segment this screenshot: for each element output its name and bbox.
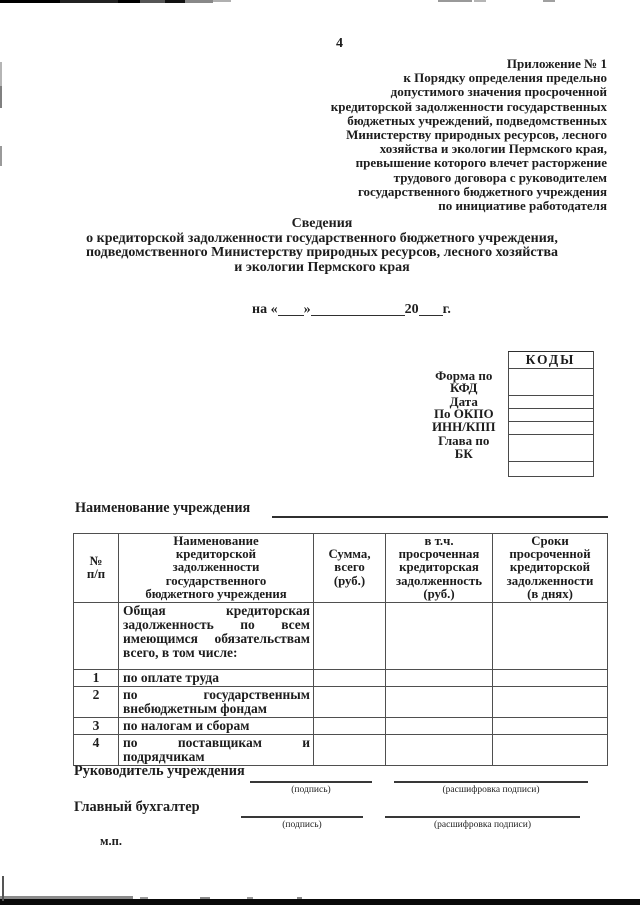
table-row: 4 по поставщикам и подрядчикам (74, 735, 608, 766)
col-header-num: № п/п (74, 534, 119, 603)
overdue-cell (386, 670, 493, 687)
codes-label-forma-kfd: Форма по КФД (426, 369, 508, 396)
codes-value-cell (508, 434, 593, 461)
row-num-cell: 4 (74, 735, 119, 766)
org-name-blank (272, 516, 608, 518)
sum-cell (314, 718, 386, 735)
date-year-prefix: 20 (405, 302, 419, 317)
date-day-blank (278, 304, 304, 316)
row-name-cell: по поставщикам и подрядчикам (119, 735, 314, 766)
transcript-caption: (расшифровка подписи) (385, 820, 580, 830)
row-num-cell (74, 603, 119, 670)
scan-artifact-bottom (0, 899, 640, 905)
signature-line (241, 816, 363, 818)
scan-artifact-top (140, 0, 165, 3)
date-month-blank (311, 304, 405, 316)
table-row: Общая кредиторская задолженность по всем… (74, 603, 608, 670)
date-close-quote: » (304, 302, 311, 317)
page-number: 4 (336, 36, 343, 52)
row-name-cell: Общая кредиторская задолженность по всем… (119, 603, 314, 670)
terms-cell (493, 718, 608, 735)
scan-artifact-top (438, 0, 472, 2)
codes-label-empty (426, 352, 508, 369)
col-header-name: Наименование кредиторской задолженности … (119, 534, 314, 603)
signature-line (250, 781, 372, 783)
scan-artifact-top (543, 0, 555, 2)
scan-artifact-top (165, 0, 185, 3)
scan-artifact-left (0, 86, 2, 108)
sum-cell (314, 670, 386, 687)
codes-value-cell (508, 421, 593, 434)
terms-cell (493, 670, 608, 687)
terms-cell (493, 603, 608, 670)
overdue-cell (386, 687, 493, 718)
signature-caption: (подпись) (241, 820, 363, 830)
row-num-cell: 3 (74, 718, 119, 735)
scan-artifact-top (60, 0, 118, 3)
codes-value-cell (508, 396, 593, 409)
row-name-cell: по налогам и сборам (119, 718, 314, 735)
codes-box: КОДЫ Форма по КФД Дата По ОКПО ИНН/КПП Г… (426, 351, 594, 477)
head-signature-label: Руководитель учреждения (74, 763, 245, 780)
scan-artifact-top (213, 0, 231, 2)
sum-cell (314, 735, 386, 766)
col-header-terms: Сроки просроченной кредиторской задолжен… (493, 534, 608, 603)
codes-header: КОДЫ (508, 352, 593, 369)
overdue-cell (386, 603, 493, 670)
terms-cell (493, 735, 608, 766)
transcript-caption: (расшифровка подписи) (394, 785, 588, 795)
table-row: 2 по государственным внебюджетным фондам (74, 687, 608, 718)
debt-table: № п/п Наименование кредиторской задолжен… (73, 533, 608, 766)
col-header-sum: Сумма, всего (руб.) (314, 534, 386, 603)
row-name-cell: по государственным внебюджетным фондам (119, 687, 314, 718)
scan-artifact-top (118, 0, 140, 3)
row-num-cell: 2 (74, 687, 119, 718)
document-title: Сведения о кредиторской задолженности го… (22, 217, 622, 276)
scan-artifact-top (0, 0, 60, 3)
accountant-signature-label: Главный бухгалтер (74, 799, 200, 816)
signature-caption: (подпись) (250, 785, 372, 795)
terms-cell (493, 687, 608, 718)
table-row: 1 по оплате труда (74, 670, 608, 687)
sum-cell (314, 687, 386, 718)
codes-label-empty (426, 461, 508, 476)
sum-cell (314, 603, 386, 670)
stamp-label: м.п. (100, 834, 122, 849)
transcript-line (385, 816, 580, 818)
codes-value-cell (508, 461, 593, 476)
date-year-blank (419, 304, 443, 316)
row-num-cell: 1 (74, 670, 119, 687)
scan-artifact-top (474, 0, 486, 2)
codes-value-cell (508, 369, 593, 396)
org-name-label: Наименование учреждения (75, 500, 250, 517)
scan-artifact-top (185, 0, 213, 3)
scan-artifact-left (0, 146, 2, 166)
appendix-header: Приложение № 1 к Порядку определения пре… (207, 57, 607, 213)
date-prefix: на « (252, 302, 278, 317)
col-header-overdue: в т.ч. просроченная кредиторская задолже… (386, 534, 493, 603)
report-date-line: на «»20г. (252, 302, 451, 318)
table-row: 3 по налогам и сборам (74, 718, 608, 735)
codes-value-cell (508, 408, 593, 421)
overdue-cell (386, 718, 493, 735)
scan-artifact-left (2, 876, 4, 901)
codes-label-glava-bk: Глава по БК (426, 434, 508, 461)
overdue-cell (386, 735, 493, 766)
transcript-line (394, 781, 588, 783)
document-page: 4 Приложение № 1 к Порядку определения п… (0, 0, 640, 905)
date-suffix: г. (443, 302, 451, 317)
row-name-cell: по оплате труда (119, 670, 314, 687)
